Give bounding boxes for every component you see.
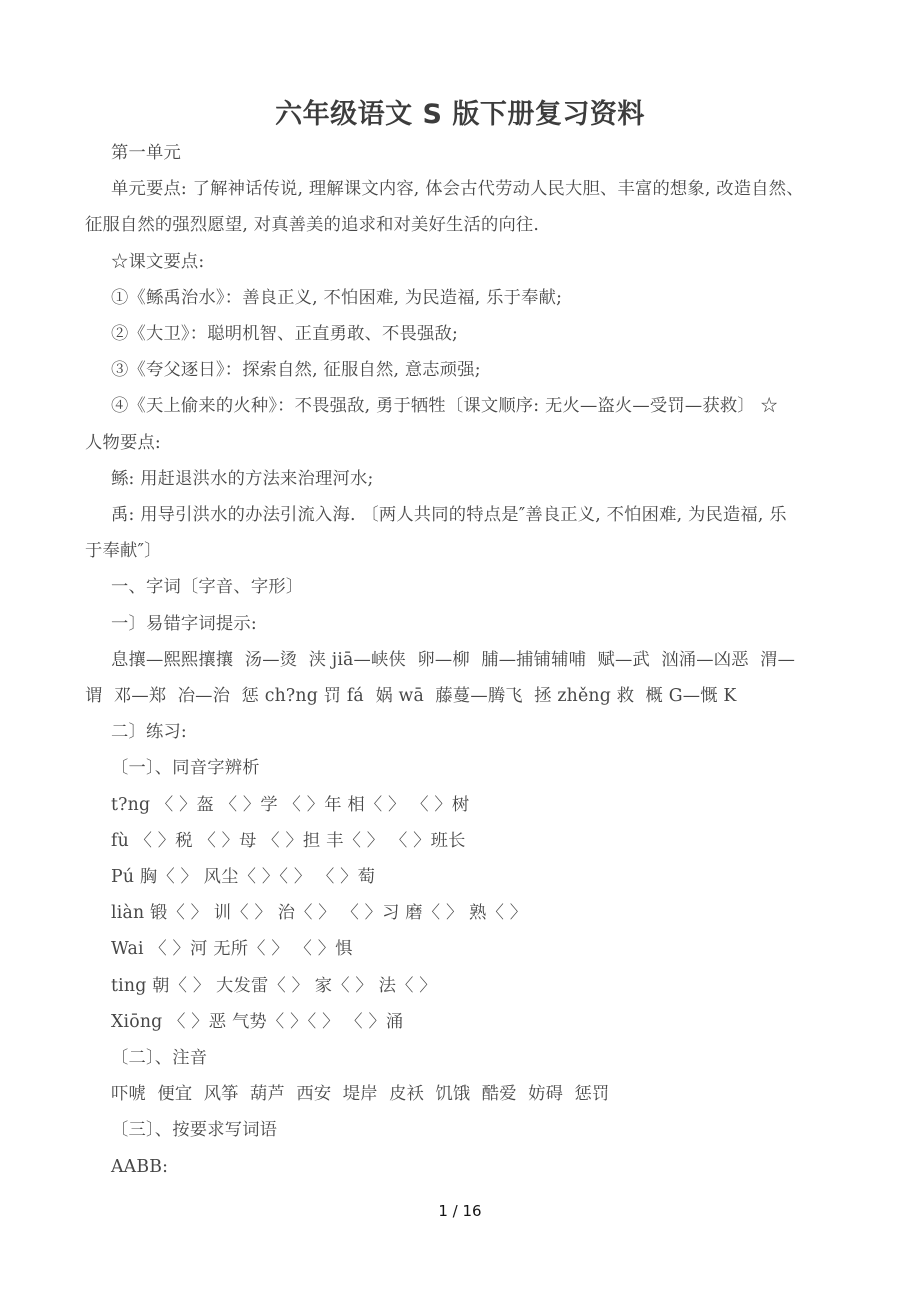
document-body: 第一单元 单元要点: 了解神话传说, 理解课文内容, 体会古代劳动人民大胆、丰富… (85, 135, 845, 1185)
doc-line: 一〕易错字词提示: (85, 606, 845, 642)
doc-line: 〔二〕、注音 (85, 1040, 845, 1076)
doc-line: 鲧: 用赶退洪水的方法来治理河水; (85, 461, 845, 497)
document-title: 六年级语文 S 版下册复习资料 (0, 92, 920, 131)
doc-line: liàn 锻〈 〉 训〈 〉 治〈 〉 〈 〉习 磨〈 〉 熟〈 〉 (85, 895, 845, 931)
doc-line: 一、字词〔字音、字形〕 (85, 569, 845, 605)
doc-line: Wai 〈 〉河 无所〈 〉 〈 〉惧 (85, 931, 845, 967)
doc-line: 〔三〕、按要求写词语 (85, 1112, 845, 1148)
doc-line: ☆课文要点: (85, 244, 845, 280)
doc-line: ③《夸父逐日》：探索自然, 征服自然, 意志顽强; (85, 352, 845, 388)
doc-line: 二〕练习: (85, 714, 845, 750)
page-number: 1 / 16 (0, 1202, 920, 1220)
document-page: 六年级语文 S 版下册复习资料 第一单元 单元要点: 了解神话传说, 理解课文内… (0, 0, 920, 1302)
doc-line: ting 朝〈 〉 大发雷〈 〉 家〈 〉 法〈 〉 (85, 968, 845, 1004)
doc-line: ①《鲧禹治水》：善良正义, 不怕困难, 为民造福, 乐于奉献; (85, 280, 845, 316)
doc-line: 于奉献″〕 (85, 533, 845, 569)
doc-line: 息攘—熙熙攘攘 汤—烫 浃 jiā—峡侠 卵—柳 脯—捕铺辅哺 赋—武 汹涌—凶… (85, 642, 845, 678)
doc-line: 征服自然的强烈愿望, 对真善美的追求和对美好生活的向往. (85, 207, 845, 243)
doc-line: t?ng 〈 〉盔 〈 〉学 〈 〉年 相〈 〉 〈 〉树 (85, 787, 845, 823)
doc-line: fù 〈 〉税 〈 〉母 〈 〉担 丰〈 〉 〈 〉班长 (85, 823, 845, 859)
doc-line: 禹: 用导引洪水的办法引流入海. 〔两人共同的特点是″善良正义, 不怕困难, 为… (85, 497, 845, 533)
doc-line: ④《天上偷来的火种》：不畏强敌, 勇于牺牲〔课文顺序: 无火—盗火—受罚—获救〕… (85, 388, 845, 424)
doc-line: 人物要点: (85, 425, 845, 461)
doc-line: 吓唬 便宜 风筝 葫芦 西安 堤岸 皮袄 饥饿 酷爱 妨碍 惩罚 (85, 1076, 845, 1112)
doc-line: 第一单元 (85, 135, 845, 171)
doc-line: ②《大卫》：聪明机智、正直勇敢、不畏强敌; (85, 316, 845, 352)
doc-line: 谓 邓—郑 冶—治 惩 ch?ng 罚 fá 娲 wā 藤蔓—腾飞 拯 zhěn… (85, 678, 845, 714)
doc-line: AABB: (85, 1149, 845, 1185)
doc-line: 单元要点: 了解神话传说, 理解课文内容, 体会古代劳动人民大胆、丰富的想象, … (85, 171, 845, 207)
doc-line: 〔一〕、同音字辨析 (85, 750, 845, 786)
doc-line: Xiōng 〈 〉恶 气势〈 〉〈 〉 〈 〉涌 (85, 1004, 845, 1040)
doc-line: Pú 胸〈 〉 风尘〈 〉〈 〉 〈 〉萄 (85, 859, 845, 895)
